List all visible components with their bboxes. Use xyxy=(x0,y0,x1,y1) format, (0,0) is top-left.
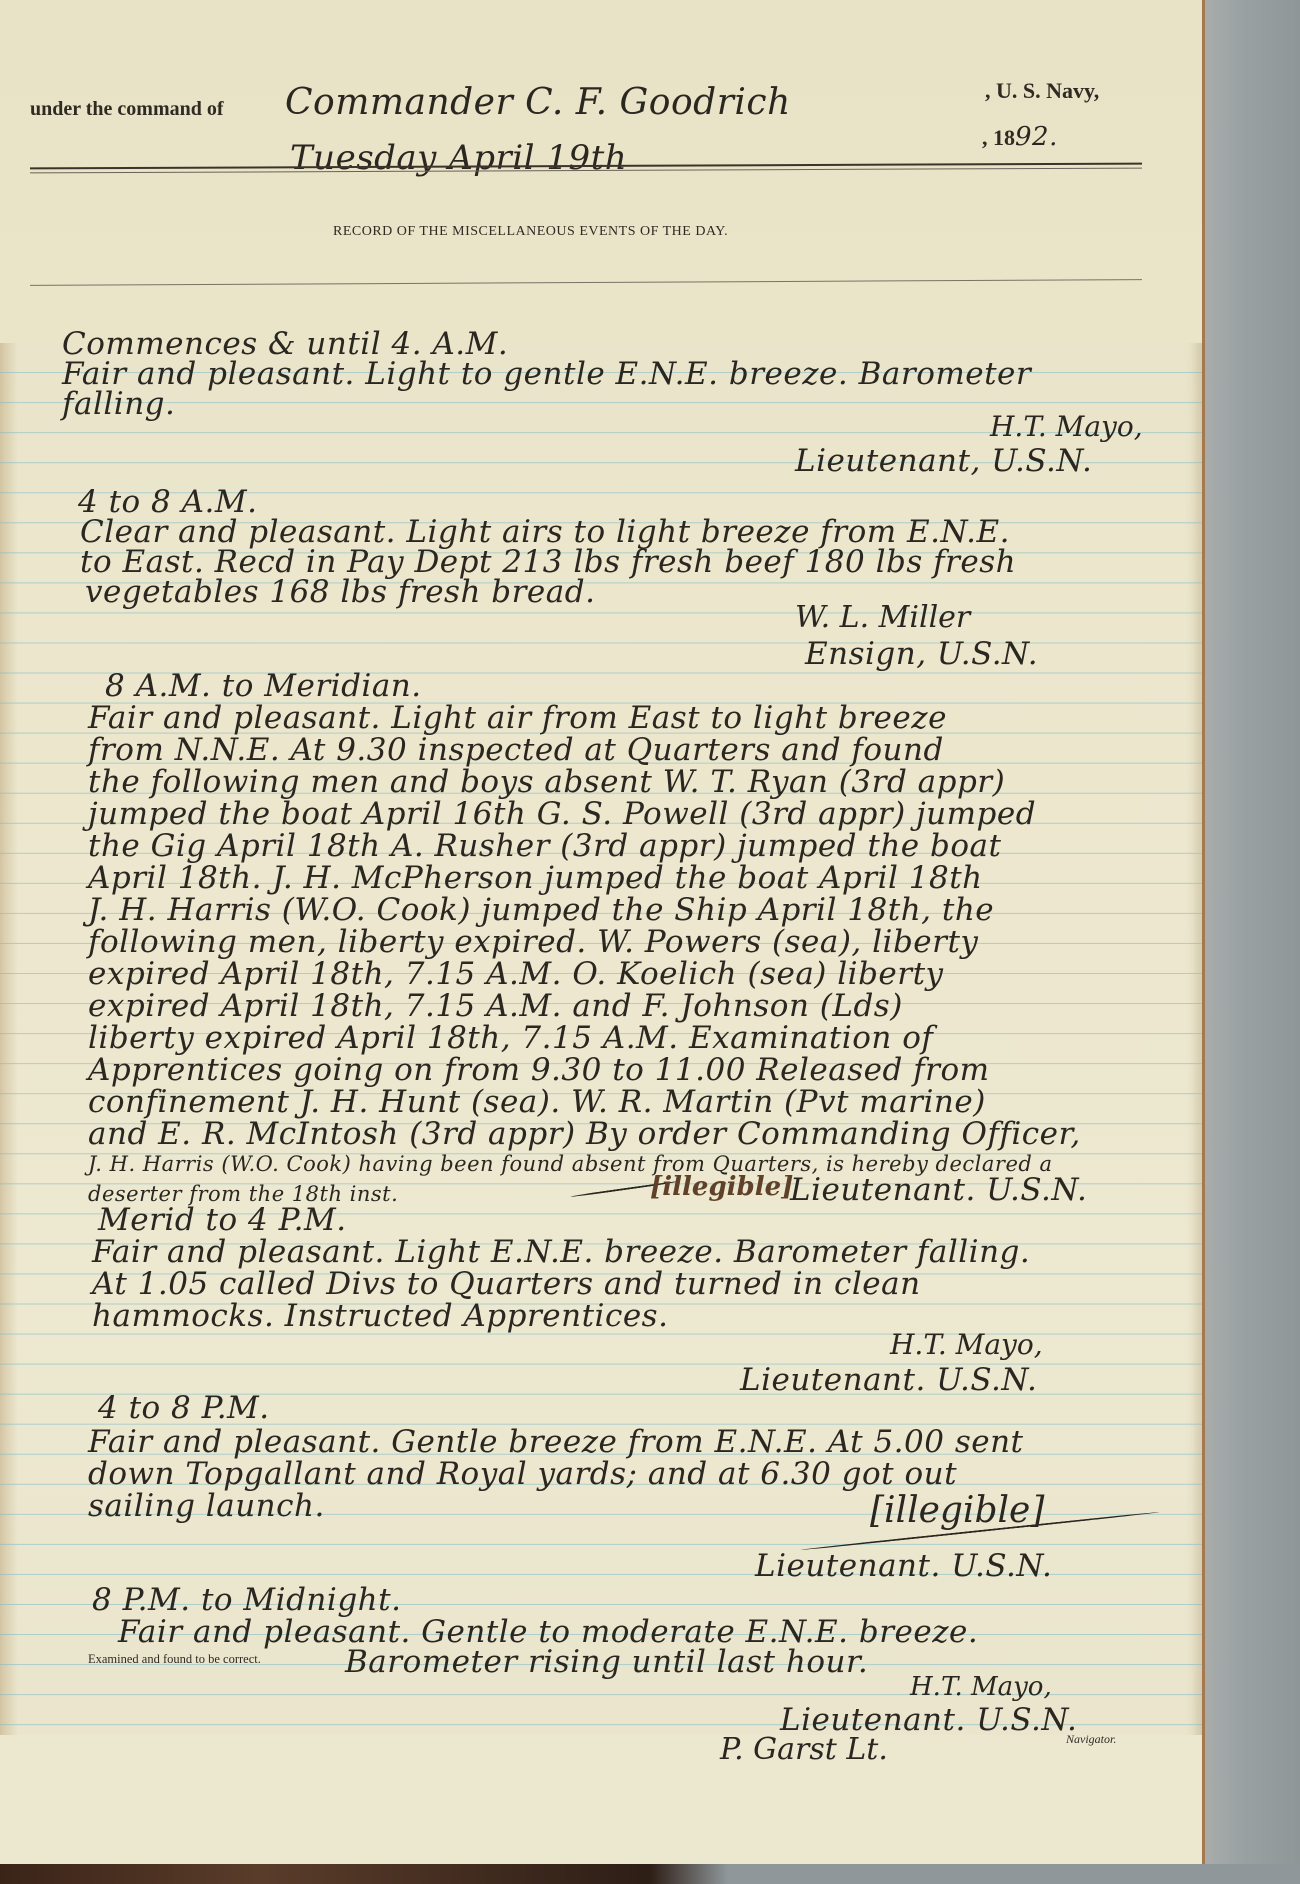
year: , 1892. xyxy=(982,122,1058,152)
watch-entry-line: from N.N.E. At 9.30 inspected at Quarter… xyxy=(88,732,944,768)
watch-entry-line: Fair and pleasant. Light E.N.E. breeze. … xyxy=(92,1234,1030,1270)
printed-command-label: under the command of xyxy=(30,98,224,121)
watch-entry-line: Fair and pleasant. Gentle breeze from E.… xyxy=(88,1424,1024,1460)
officer-rank: Lieutenant, U.S.N. xyxy=(795,443,1092,479)
watch-entry-line: J. H. Harris (W.O. Cook) jumped the Ship… xyxy=(88,892,994,928)
year-printed: , 18 xyxy=(982,125,1015,150)
watch-entry-line: and E. R. McIntosh (3rd appr) By order C… xyxy=(88,1116,1081,1152)
officer-signature: H.T. Mayo, xyxy=(990,410,1143,443)
officer-rank: Ensign, U.S.N. xyxy=(805,636,1038,672)
watch-heading: Merid to 4 P.M. xyxy=(98,1202,347,1238)
watch-entry-line: vegetables 168 lbs fresh bread. xyxy=(85,574,595,610)
watch-heading: 8 P.M. to Midnight. xyxy=(92,1582,401,1618)
officer-signature: H.T. Mayo, xyxy=(890,1328,1043,1361)
year-handwritten: 92. xyxy=(1015,122,1058,152)
watch-heading: 4 to 8 P.M. xyxy=(98,1390,270,1426)
watch-entry-line: the Gig April 18th A. Rusher (3rd appr) … xyxy=(88,828,1001,864)
watch-entry-line: Fair and pleasant. Light air from East t… xyxy=(88,700,947,736)
scan-background xyxy=(1205,0,1300,1884)
watch-entry-line: Barometer rising until last hour. xyxy=(345,1644,868,1680)
watch-entry-line: At 1.05 called Divs to Quarters and turn… xyxy=(92,1266,921,1302)
watch-entry-line: sailing launch. xyxy=(88,1488,325,1524)
logbook-page: under the command of Commander C. F. Goo… xyxy=(0,0,1205,1864)
officer-signature: [illegible] xyxy=(650,1172,793,1202)
watch-entry-line: expired April 18th, 7.15 A.M. and F. Joh… xyxy=(88,988,903,1024)
watch-entry-line: following men, liberty expired. W. Power… xyxy=(88,924,978,960)
watch-entry-line: liberty expired April 18th, 7.15 A.M. Ex… xyxy=(88,1020,933,1056)
officer-rank: Lieutenant. U.S.N. xyxy=(755,1548,1052,1584)
officer-signature: W. L. Miller xyxy=(795,600,970,635)
officer-signature: H.T. Mayo, xyxy=(910,1672,1052,1702)
navigator-label: Navigator. xyxy=(1066,1732,1116,1747)
watch-entry-line: down Topgallant and Royal yards; and at … xyxy=(88,1456,957,1492)
navy-label: , U. S. Navy, xyxy=(985,78,1099,104)
book-binding-edge xyxy=(0,1864,1300,1884)
examined-stamp: Examined and found to be correct. xyxy=(88,1652,261,1667)
section-title: RECORD OF THE MISCELLANEOUS EVENTS OF TH… xyxy=(333,224,728,240)
watch-heading: 8 A.M. to Meridian. xyxy=(105,668,422,704)
watch-entry-line: falling. xyxy=(62,386,175,422)
watch-entry-line: confinement J. H. Hunt (sea). W. R. Mart… xyxy=(88,1084,986,1120)
officer-rank: Lieutenant. U.S.N. xyxy=(740,1362,1037,1398)
watch-entry-line: April 18th. J. H. McPherson jumped the b… xyxy=(88,860,983,896)
commander-name: Commander C. F. Goodrich xyxy=(285,82,791,123)
watch-entry-line: expired April 18th, 7.15 A.M. O. Koelich… xyxy=(88,956,944,992)
navigator-signature: P. Garst Lt. xyxy=(720,1732,888,1767)
bottom-margin-background xyxy=(0,1735,1202,1864)
watch-entry-line: Fair and pleasant. Light to gentle E.N.E… xyxy=(62,356,1031,392)
watch-entry-line: jumped the boat April 16th G. S. Powell … xyxy=(88,796,1036,832)
watch-entry-line: hammocks. Instructed Apprentices. xyxy=(92,1298,668,1334)
officer-signature: [illegible] xyxy=(870,1490,1044,1531)
watch-entry-line: Apprentices going on from 9.30 to 11.00 … xyxy=(88,1052,990,1088)
officer-rank: Lieutenant. U.S.N. xyxy=(790,1172,1087,1208)
watch-entry-line: the following men and boys absent W. T. … xyxy=(88,764,1005,800)
